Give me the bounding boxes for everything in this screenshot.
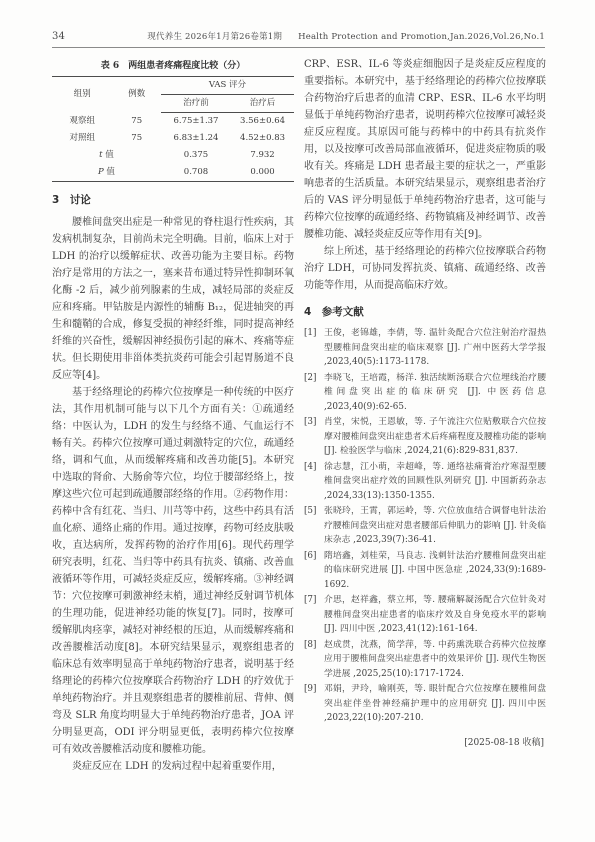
table-row-t: t 值 0.375 7.932 [52,147,294,164]
reference-item: [2] 李晓飞，王培霞，杨洋. 独活续断汤联合穴位埋线治疗腰椎间盘突出症的临床研… [304,371,546,415]
t-post: 7.932 [231,147,294,164]
cell-post: 4.52±0.83 [231,130,294,147]
reference-number: [5] [304,504,324,548]
discussion-paragraph-3-left: 炎症反应在 LDH 的发病过程中起着重要作用， [52,758,294,775]
reference-text: 徐志慧，江小萌，幸超峰，等. 通络祛痛膏治疗寒湿型腰椎间盘突出症疗效的回顾性队列… [324,460,546,504]
table6: 组别 例数 VAS 评分 治疗前 治疗后 观察组 75 6.75±1.37 3.… [52,76,294,182]
reference-text: 王俊，老锦雄，李倩，等. 温针灸配合穴位注射治疗湿热型腰椎间盘突出症的临床观察 … [324,326,546,370]
reference-text: 介思，赵祥鑫，蔡立邦，等. 腰痛解凝汤配合穴位针灸对腰椎间盘突出症患者的临床疗效… [324,593,546,637]
reference-item: [8] 赵成贯，沈燕，简学萍，等. 中药熏洗联合药棒穴位按摩应用于腰椎间盘突出症… [304,638,546,682]
cell-post: 3.56±0.64 [231,113,294,131]
reference-number: [1] [304,326,324,370]
reference-list: [1] 王俊，老锦雄，李倩，等. 温针灸配合穴位注射治疗湿热型腰椎间盘突出症的临… [304,326,546,726]
reference-number: [4] [304,460,324,504]
p-word: 值 [104,167,115,177]
cell-group: 对照组 [52,130,113,147]
reference-text: 邓娟，尹玲，喻刚英，等. 眼针配合穴位按摩在腰椎间盘突出症伴坐骨神经痛护理中的应… [324,682,546,726]
reference-text: 李晓飞，王培霞，杨洋. 独活续断汤联合穴位埋线治疗腰椎间盘突出症的临床研究 [J… [324,371,546,415]
p-label: P 值 [52,164,161,182]
table-row: 对照组 75 6.83±1.24 4.52±0.83 [52,130,294,147]
reference-item: [3] 肖堂，宋悦，王恩敏，等. 子午流注穴位贴敷联合穴位按摩对腰椎间盘突出症患… [304,415,546,459]
reference-item: [4] 徐志慧，江小萌，幸超峰，等. 通络祛痛膏治疗寒湿型腰椎间盘突出症疗效的回… [304,460,546,504]
left-column: 表 6 两组患者疼痛程度比较（分） 组别 例数 VAS 评分 治疗前 治疗后 [52,56,294,775]
reference-number: [6] [304,549,324,593]
reference-text: 隋培鑫，刘桂荣，马良志. 浅刺针法治疗腰椎间盘突出症的临床研究进展 [J]. 中… [324,549,546,593]
journal-title-cn: 现代养生 2026年1月第26卷第1期 [147,30,282,42]
discussion-paragraph-2: 基于经络理论的药棒穴位按摩是一种传统的中医疗法，其作用机制可能与以下几个方面有关… [52,384,294,758]
references-heading: 4 参考文献 [304,304,546,319]
col-header-post: 治疗后 [231,95,294,113]
journal-page: 34 现代养生 2026年1月第26卷第1期 Health Protection… [0,0,595,842]
journal-title-en: Health Protection and Promotion,Jan.2026… [298,32,545,42]
discussion-paragraph-3-right: CRP、ESR、IL-6 等炎症细胞因子是炎症反应程度的重要指标。本研究中，基于… [304,56,546,243]
reference-text: 赵成贯，沈燕，简学萍，等. 中药熏洗联合药棒穴位按摩应用于腰椎间盘突出症患者中的… [324,638,546,682]
page-number: 34 [52,31,65,42]
reference-number: [7] [304,593,324,637]
reference-text: 肖堂，宋悦，王恩敏，等. 子午流注穴位贴敷联合穴位按摩对腰椎间盘突出症患者术后疼… [324,415,546,459]
discussion-paragraph-4: 综上所述，基于经络理论的药棒穴位按摩联合药物治疗 LDH，可协同发挥抗炎、镇痛、… [304,243,546,294]
col-header-vas: VAS 评分 [161,77,294,95]
two-column-content: 表 6 两组患者疼痛程度比较（分） 组别 例数 VAS 评分 治疗前 治疗后 [52,56,545,775]
col-header-pre: 治疗前 [161,95,231,113]
discussion-heading: 3 讨论 [52,192,294,207]
reference-item: [9] 邓娟，尹玲，喻刚英，等. 眼针配合穴位按摩在腰椎间盘突出症伴坐骨神经痛护… [304,682,546,726]
reference-text: 张晓玲，王霄，郭运岭，等. 穴位放血结合调督电针法治疗腰椎间盘突出症对患者腰部后… [324,504,546,548]
discussion-paragraph-1: 腰椎间盘突出症是一种常见的脊柱退行性疾病，其发病机制复杂，目前尚未完全明确。目前… [52,214,294,384]
page-header: 34 现代养生 2026年1月第26卷第1期 Health Protection… [52,30,545,48]
reference-number: [9] [304,682,324,726]
reference-number: [2] [304,371,324,415]
reference-number: [3] [304,415,324,459]
table-row: 观察组 75 6.75±1.37 3.56±0.64 [52,113,294,131]
p-pre: 0.708 [161,164,231,182]
reference-item: [5] 张晓玲，王霄，郭运岭，等. 穴位放血结合调督电针法治疗腰椎间盘突出症对患… [304,504,546,548]
cell-n: 75 [113,130,161,147]
cell-n: 75 [113,113,161,131]
t-pre: 0.375 [161,147,231,164]
table6-title: 表 6 两组患者疼痛程度比较（分） [52,58,294,71]
cell-pre: 6.83±1.24 [161,130,231,147]
t-word: 值 [103,150,114,160]
col-header-group: 组别 [52,77,113,113]
reference-item: [7] 介思，赵祥鑫，蔡立邦，等. 腰痛解凝汤配合穴位针灸对腰椎间盘突出症患者的… [304,593,546,637]
t-label: t 值 [52,147,161,164]
right-column: CRP、ESR、IL-6 等炎症细胞因子是炎症反应程度的重要指标。本研究中，基于… [304,56,546,775]
p-post: 0.000 [231,164,294,182]
cell-pre: 6.75±1.37 [161,113,231,131]
received-date: [2025-08-18 收稿] [304,735,546,748]
reference-item: [1] 王俊，老锦雄，李倩，等. 温针灸配合穴位注射治疗湿热型腰椎间盘突出症的临… [304,326,546,370]
col-header-n: 例数 [113,77,161,113]
cell-group: 观察组 [52,113,113,131]
table-row-p: P 值 0.708 0.000 [52,164,294,182]
reference-item: [6] 隋培鑫，刘桂荣，马良志. 浅刺针法治疗腰椎间盘突出症的临床研究进展 [J… [304,549,546,593]
reference-number: [8] [304,638,324,682]
